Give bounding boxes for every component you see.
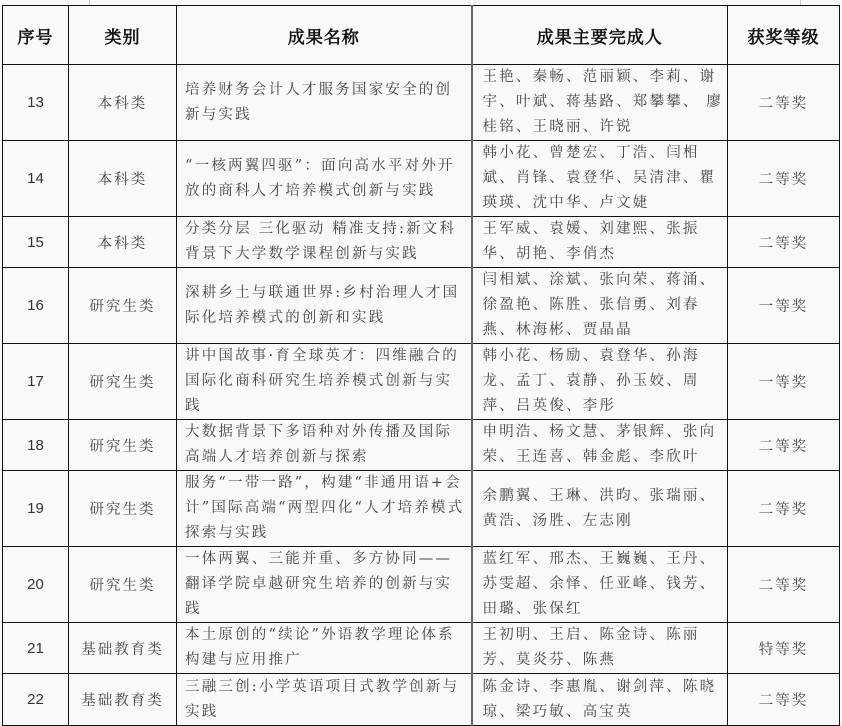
- cell-index: 14: [3, 141, 69, 217]
- cell-authors: 闫相斌、涂斌、张向荣、蒋涌、徐盈艳、陈胜、张信勇、刘春燕、林海彬、贾晶晶: [472, 268, 728, 344]
- cell-category: 本科类: [69, 65, 177, 141]
- cell-title: 讲中国故事·育全球英才：四维融合的国际化商科研究生培养模式创新与实践: [177, 344, 472, 420]
- cell-authors: 王军威、袁媛、刘建熙、张振华、胡艳、李俏杰: [472, 217, 728, 268]
- cell-index: 17: [3, 344, 69, 420]
- cell-category: 基础教育类: [69, 674, 177, 726]
- cell-award: 二等奖: [728, 547, 840, 623]
- table-row: 15 本科类 分类分层 三化驱动 精准支持:新文科背景下大学数学课程创新与实践 …: [3, 217, 840, 268]
- cell-index: 22: [3, 674, 69, 726]
- cell-authors: 王初明、王启、陈金诗、陈丽芳、莫炎芬、陈燕: [472, 623, 728, 674]
- cell-category: 研究生类: [69, 420, 177, 471]
- cell-title: 大数据背景下多语种对外传播及国际高端人才培养创新与探索: [177, 420, 472, 471]
- cell-award: 特等奖: [728, 623, 840, 674]
- document-page: 序号 类别 成果名称 成果主要完成人 获奖等级 13 本科类 培养财务会计人才服…: [0, 0, 842, 722]
- cell-title: 深耕乡土与联通世界:乡村治理人才国际化培养模式的创新和实践: [177, 268, 472, 344]
- cell-authors: 韩小花、杨励、袁登华、孙海龙、孟丁、袁静、孙玉姣、周萍、吕英俊、李彤: [472, 344, 728, 420]
- cell-category: 研究生类: [69, 344, 177, 420]
- cell-title: 三融三创:小学英语项目式教学创新与实践: [177, 674, 472, 726]
- cell-authors: 申明浩、杨文慧、茅银辉、张向荣、王连喜、韩金彪、李欣叶: [472, 420, 728, 471]
- header-category: 类别: [69, 6, 177, 65]
- table-row: 17 研究生类 讲中国故事·育全球英才：四维融合的国际化商科研究生培养模式创新与…: [3, 344, 840, 420]
- cell-award: 二等奖: [728, 217, 840, 268]
- cell-index: 16: [3, 268, 69, 344]
- table-row: 20 研究生类 一体两翼、三能并重、多方协同——翻译学院卓越研究生培养的创新与实…: [3, 547, 840, 623]
- table-row: 18 研究生类 大数据背景下多语种对外传播及国际高端人才培养创新与探索 申明浩、…: [3, 420, 840, 471]
- cell-category: 本科类: [69, 141, 177, 217]
- cell-authors: 王艳、秦畅、范丽颖、李莉、谢宇、叶斌、蒋基路、郑攀攀、 廖桂铭、王晓丽、许锐: [472, 65, 728, 141]
- table-row: 13 本科类 培养财务会计人才服务国家安全的创新与实践 王艳、秦畅、范丽颖、李莉…: [3, 65, 840, 141]
- table-row: 19 研究生类 服务“一带一路”，构建“非通用语+会计”国际高端“两型四化“人才…: [3, 471, 840, 547]
- header-authors: 成果主要完成人: [472, 6, 728, 65]
- cell-index: 19: [3, 471, 69, 547]
- cell-authors: 韩小花、曾楚宏、丁浩、闫相斌、肖锋、袁登华、吴清津、瞿瑛瑛、沈中华、卢文婕: [472, 141, 728, 217]
- cell-award: 一等奖: [728, 268, 840, 344]
- cell-category: 研究生类: [69, 547, 177, 623]
- cell-award: 二等奖: [728, 141, 840, 217]
- cell-title: 本土原创的“续论”外语教学理论体系构建与应用推广: [177, 623, 472, 674]
- cell-award: 二等奖: [728, 65, 840, 141]
- cell-category: 研究生类: [69, 471, 177, 547]
- cell-authors: 陈金诗、李惠胤、谢剑萍、陈晓琼、梁巧敏、高宝英: [472, 674, 728, 726]
- table-row: 14 本科类 “一核两翼四驱”：面向高水平对外开放的商科人才培养模式创新与实践 …: [3, 141, 840, 217]
- cell-title: 培养财务会计人才服务国家安全的创新与实践: [177, 65, 472, 141]
- cell-category: 基础教育类: [69, 623, 177, 674]
- cell-index: 13: [3, 65, 69, 141]
- cell-authors: 蓝红军、邢杰、王巍巍、王丹、苏雯超、余怿、任亚峰、钱芳、田璐、张保红: [472, 547, 728, 623]
- cell-award: 二等奖: [728, 674, 840, 726]
- table-row: 22 基础教育类 三融三创:小学英语项目式教学创新与实践 陈金诗、李惠胤、谢剑萍…: [3, 674, 840, 726]
- cell-award: 二等奖: [728, 471, 840, 547]
- header-award: 获奖等级: [728, 6, 840, 65]
- table-header-row: 序号 类别 成果名称 成果主要完成人 获奖等级: [3, 6, 840, 65]
- awards-table: 序号 类别 成果名称 成果主要完成人 获奖等级 13 本科类 培养财务会计人才服…: [2, 5, 840, 726]
- cell-award: 一等奖: [728, 344, 840, 420]
- header-index: 序号: [3, 6, 69, 65]
- cell-category: 研究生类: [69, 268, 177, 344]
- cell-index: 18: [3, 420, 69, 471]
- table-row: 21 基础教育类 本土原创的“续论”外语教学理论体系构建与应用推广 王初明、王启…: [3, 623, 840, 674]
- cell-title: 服务“一带一路”，构建“非通用语+会计”国际高端“两型四化“人才培养模式探索与实…: [177, 471, 472, 547]
- cell-title: 一体两翼、三能并重、多方协同——翻译学院卓越研究生培养的创新与实践: [177, 547, 472, 623]
- cell-index: 20: [3, 547, 69, 623]
- cell-award: 二等奖: [728, 420, 840, 471]
- cell-index: 15: [3, 217, 69, 268]
- cell-title: 分类分层 三化驱动 精准支持:新文科背景下大学数学课程创新与实践: [177, 217, 472, 268]
- cell-title: “一核两翼四驱”：面向高水平对外开放的商科人才培养模式创新与实践: [177, 141, 472, 217]
- header-title: 成果名称: [177, 6, 472, 65]
- table-row: 16 研究生类 深耕乡土与联通世界:乡村治理人才国际化培养模式的创新和实践 闫相…: [3, 268, 840, 344]
- cell-authors: 余鹏翼、王琳、洪昀、张瑞丽、黄浩、汤胜、左志刚: [472, 471, 728, 547]
- cell-category: 本科类: [69, 217, 177, 268]
- cell-index: 21: [3, 623, 69, 674]
